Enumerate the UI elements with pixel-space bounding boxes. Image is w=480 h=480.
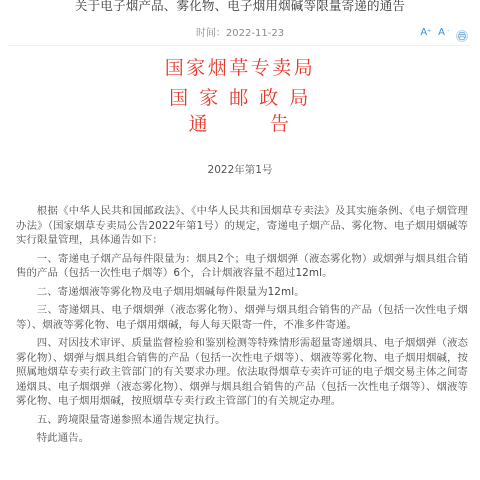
article-meta: 时间：2022-11-23 A+ A- bbox=[0, 26, 480, 42]
document-number: 2022年第1号 bbox=[0, 162, 480, 177]
notice-heading: 通 告 bbox=[0, 113, 480, 135]
font-increase-button[interactable]: A+ bbox=[420, 27, 427, 39]
issuer-heading-post: 国 家 邮 政 局 bbox=[0, 87, 480, 109]
article-title: 关于电子烟产品、雾化物、电子烟用烟碱等限量寄递的通告 bbox=[0, 0, 480, 14]
issuer-heading-tobacco: 国家烟草专卖局 bbox=[0, 57, 480, 79]
publish-date: 时间：2022-11-23 bbox=[0, 26, 480, 42]
printer-icon bbox=[456, 30, 468, 42]
font-decrease-button[interactable]: A- bbox=[438, 27, 445, 39]
paragraph-closing: 特此通告。 bbox=[16, 431, 468, 446]
minus-icon: - bbox=[447, 25, 449, 37]
article-body: 根据《中华人民共和国邮政法》、《中华人民共和国烟草专卖法》及其实施条例、《电子烟… bbox=[16, 204, 468, 450]
font-decrease-label: A bbox=[438, 27, 445, 38]
plus-icon: + bbox=[427, 25, 431, 37]
article-page: 关于电子烟产品、雾化物、电子烟用烟碱等限量寄递的通告 时间：2022-11-23… bbox=[0, 0, 480, 480]
paragraph-item-2: 二、寄递烟液等雾化物及电子烟用烟碱每件限量为12ml。 bbox=[16, 285, 468, 300]
header-divider bbox=[8, 45, 470, 46]
paragraph-item-5: 五、跨境限量寄递参照本通告规定执行。 bbox=[16, 413, 468, 428]
paragraph-item-1: 一、寄递电子烟产品每件限量为：烟具2个；电子烟烟弹（液态雾化物）或烟弹与烟具组合… bbox=[16, 252, 468, 281]
paragraph-item-4: 四、对因技术审评、质量监督检验和鉴别检测等特殊情形需超量寄递烟具、电子烟烟弹（液… bbox=[16, 336, 468, 409]
paragraph-item-3: 三、寄递烟具、电子烟烟弹（液态雾化物）、烟弹与烟具组合销售的产品（包括一次性电子… bbox=[16, 303, 468, 332]
article-tools: A+ A- bbox=[420, 27, 468, 39]
print-button[interactable] bbox=[456, 27, 468, 39]
paragraph-intro: 根据《中华人民共和国邮政法》、《中华人民共和国烟草专卖法》及其实施条例、《电子烟… bbox=[16, 204, 468, 248]
